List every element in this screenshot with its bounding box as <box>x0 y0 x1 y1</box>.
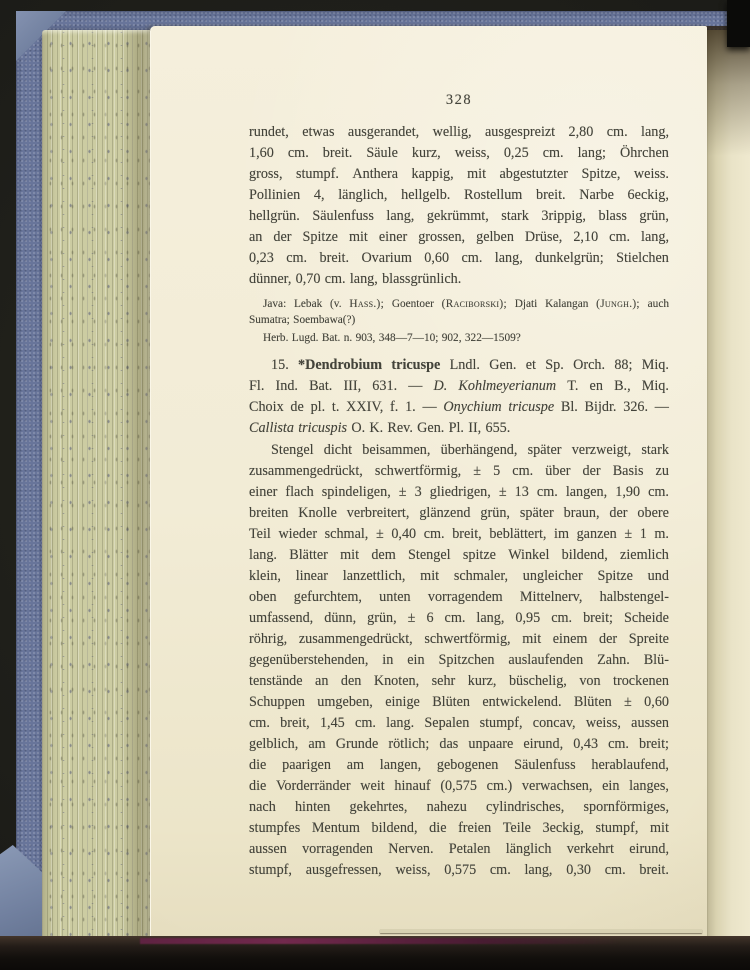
word: einige <box>385 692 420 713</box>
word: abgestutzter <box>499 164 568 185</box>
text-line: dünner,0,70cm.lang,blassgrünlich. <box>249 269 669 290</box>
word: stark <box>641 440 669 461</box>
word: überhängend, <box>441 440 518 461</box>
word: cm. <box>607 122 628 143</box>
word: Säulenfuss <box>514 755 575 776</box>
word: Bijdr. <box>585 397 617 418</box>
word: der <box>609 503 627 524</box>
description-paragraph: Stengeldichtbeisammen,überhängend,später… <box>249 440 669 881</box>
word: die <box>249 755 266 776</box>
word: einer <box>249 482 277 503</box>
word: bildend, <box>371 818 417 839</box>
word: ausgerandet, <box>348 122 419 143</box>
word: spornförmiges, <box>583 797 669 818</box>
word: 15. <box>271 355 289 376</box>
word: im <box>554 524 569 545</box>
word: cylindrisches, <box>486 797 564 818</box>
word: dünner, <box>249 269 291 290</box>
word: lang, <box>495 248 523 269</box>
word: später <box>528 440 562 461</box>
word: 655. <box>485 418 510 439</box>
word: lang, <box>476 608 504 629</box>
word: Bat. <box>322 331 341 347</box>
word: unpaare <box>468 734 513 755</box>
word: Spitzchen <box>438 650 494 671</box>
text-line: 15.*DendrobiumtricuspeLndl.Gen.etSp.Orch… <box>249 355 669 376</box>
page-number: 328 <box>249 90 669 110</box>
word: ± <box>376 524 384 545</box>
text-line: Schuppenumgeben,einigeBlütenentwickelend… <box>249 692 669 713</box>
word: Schuppen <box>249 692 305 713</box>
word: aussen <box>631 713 669 734</box>
word: Stengel <box>271 440 314 461</box>
word: Spitze, <box>581 164 620 185</box>
word: (0,575 <box>440 776 477 797</box>
word: bildend, <box>562 545 608 566</box>
word: mit <box>522 629 541 650</box>
word: verbreitert, <box>347 503 410 524</box>
text-line: Teilwiederschmal,±0,40cm.breit,beblätter… <box>249 524 669 545</box>
word: T. <box>567 376 578 397</box>
word: Spreite <box>629 629 669 650</box>
word: grün, <box>367 608 397 629</box>
text-line: röhrig,zusammengedrückt,schwertförmig,mi… <box>249 629 669 650</box>
word: 0,43 <box>573 734 598 755</box>
word: weit <box>360 776 384 797</box>
word: tenstände <box>249 671 303 692</box>
word: Blüten <box>574 692 612 713</box>
word: umgeben, <box>317 692 373 713</box>
word: 1,90 <box>615 482 640 503</box>
word: concav, <box>533 713 576 734</box>
word: Hass.); <box>349 297 384 313</box>
word: weiss, <box>586 713 621 734</box>
word: tricuspis <box>298 418 347 439</box>
word: nach <box>249 797 276 818</box>
word: 0,575 <box>444 860 476 881</box>
word: glänzend <box>419 503 470 524</box>
word: Miq. <box>642 376 669 397</box>
word: lang, <box>350 269 378 290</box>
word: weiss, <box>395 860 430 881</box>
text-line: obengefurchtem,untenvorragendemMittelner… <box>249 587 669 608</box>
word: schmaler, <box>454 566 508 587</box>
word: n. <box>344 331 352 347</box>
word: der <box>273 227 291 248</box>
word: blass <box>598 206 626 227</box>
text-line: Sumatra;Soembawa(?) <box>249 313 669 329</box>
word: Grunde <box>336 734 379 755</box>
word: langes, <box>629 776 669 797</box>
word: Petalen <box>449 839 491 860</box>
word: kurz, <box>412 143 441 164</box>
word: umfassend, <box>249 608 313 629</box>
word: stumpf, <box>595 818 638 839</box>
word: O. <box>351 418 365 439</box>
word: Kohlmeyerianum <box>458 376 556 397</box>
word: 902, <box>442 331 462 347</box>
word: mit <box>467 164 486 185</box>
word: stumpf. <box>296 164 339 185</box>
word: verzweigt, <box>572 440 631 461</box>
word: der <box>599 629 617 650</box>
word: vorragenden <box>302 839 373 860</box>
word: 322—1509? <box>465 331 521 347</box>
word: Knolle <box>298 503 337 524</box>
word: gelblich, <box>249 734 298 755</box>
word: cm. <box>605 860 626 881</box>
word: spitze <box>463 545 496 566</box>
text-line: stumpfesMentumbildend,diefreienTeile3eck… <box>249 818 669 839</box>
word: B., <box>614 376 631 397</box>
word: entwickelend. <box>482 692 561 713</box>
word: und <box>648 566 669 587</box>
book-cover-left-edge <box>16 11 43 947</box>
word: sehr <box>432 671 456 692</box>
word: lang, <box>641 227 669 248</box>
word: cm. <box>461 248 482 269</box>
word: stark <box>501 206 529 227</box>
word: ± <box>408 608 416 629</box>
word: weiss, <box>455 143 490 164</box>
word: gefurchtem, <box>294 587 362 608</box>
word: lang, <box>524 860 552 881</box>
word: zu <box>656 461 669 482</box>
word: unten <box>379 587 411 608</box>
word: cm. <box>249 713 270 734</box>
word: stumpfes <box>249 818 300 839</box>
word: Drüse, <box>525 227 562 248</box>
word: cm. <box>325 269 346 290</box>
word: hellgelb. <box>401 185 450 206</box>
word: XXIV, <box>346 397 383 418</box>
text-line: 1,60cm.breit.Säulekurz,weiss,0,25cm.lang… <box>249 143 669 164</box>
word: 4, <box>314 185 325 206</box>
word: grün, <box>480 503 510 524</box>
word: eirund, <box>629 839 669 860</box>
page-bottom-edge <box>380 929 702 933</box>
word: 0,25 <box>504 143 529 164</box>
word: cm. <box>537 482 558 503</box>
word: schwertförmig, <box>424 629 510 650</box>
text-line: lang.BlättermitdemStengelspitzeWinkelbil… <box>249 545 669 566</box>
word: (Raciborski); <box>442 297 507 313</box>
word: rötlich; <box>388 734 429 755</box>
word: 6eckig, <box>628 185 669 206</box>
word: stumpf, <box>249 860 292 881</box>
word: breit; <box>583 608 613 629</box>
word: lang; <box>578 143 606 164</box>
text-line: anderSpitzemiteinergrossen,gelbenDrüse,2… <box>249 227 669 248</box>
text-line: zusammengedrückt,schwertförmig,±5cm.über… <box>249 461 669 482</box>
text-line: Pollinien4,länglich,hellgelb.Rostellumbr… <box>249 185 669 206</box>
text-line: breitenKnolleverbreitert,glänzendgrün,sp… <box>249 503 669 524</box>
word: schmal, <box>325 524 369 545</box>
text-line: rundet,etwasausgerandet,wellig,ausgespre… <box>249 122 669 143</box>
word: 0,60 <box>424 248 449 269</box>
word: stumpf, <box>480 713 523 734</box>
text-line: Choixdepl.t.XXIV,f.1.—OnychiumtricuspeBl… <box>249 397 669 418</box>
word: *Dendrobium <box>298 355 382 376</box>
word: Knoten, <box>374 671 419 692</box>
word: kurz, <box>468 671 497 692</box>
word: länglich, <box>338 185 387 206</box>
word: III, <box>343 376 361 397</box>
herbarium-paragraph: Herb.Lugd.Bat.n.903,348—7—10;902,322—150… <box>249 331 669 347</box>
word: schwertförmig, <box>375 461 461 482</box>
text-line: Stengeldichtbeisammen,überhängend,später… <box>249 440 669 461</box>
word: weiss. <box>634 164 669 185</box>
word: 0,70 <box>296 269 321 290</box>
text-line: umfassend,dünn,grün,±6cm.lang,0,95cm.bre… <box>249 608 669 629</box>
word: 0,40 <box>391 524 416 545</box>
word: einem <box>553 629 588 650</box>
word: spindeligen, <box>322 482 391 503</box>
word: Herb. <box>263 331 288 347</box>
word: beblättert, <box>489 524 546 545</box>
continuation-paragraph: rundet,etwasausgerandet,wellig,ausgespre… <box>249 122 669 290</box>
text-line: aussenvorragendenNerven.Petalenlänglichv… <box>249 839 669 860</box>
word: Fl. <box>249 376 264 397</box>
word: gebogenen <box>437 755 498 776</box>
word: 326. <box>623 397 648 418</box>
word: (v. <box>330 297 342 313</box>
word: Vorderränder <box>276 776 351 797</box>
word: Lndl. <box>450 355 480 376</box>
word: ± <box>624 524 632 545</box>
word: Ovarium <box>361 248 411 269</box>
word: cm. <box>551 608 572 629</box>
word: Goentoer <box>392 297 434 313</box>
facing-page-edge <box>705 30 750 948</box>
text-line: gelblich,amGrunderötlich;dasunpaareeirun… <box>249 734 669 755</box>
word: Sepalen <box>424 713 469 734</box>
word: 2,10 <box>573 227 598 248</box>
word: Pollinien <box>249 185 300 206</box>
word: cm.) <box>487 776 513 797</box>
word: (Jungh.); <box>596 297 640 313</box>
word: verwachsen, <box>522 776 593 797</box>
word: ausgespreizt <box>485 122 555 143</box>
word: 6 <box>426 608 433 629</box>
word: paarigen <box>282 755 331 776</box>
word: etwas <box>302 122 334 143</box>
word: lanzettlich, <box>343 566 406 587</box>
text-line: nachhintengekehrtes,nahezucylindrisches,… <box>249 797 669 818</box>
word: cm. <box>355 713 376 734</box>
word: 5 <box>493 461 500 482</box>
word: mit <box>650 818 669 839</box>
text-line: hellgrün.Säulenfusslang,gekrümmt,stark3r… <box>249 206 669 227</box>
word: Scheide <box>624 608 669 629</box>
bottom-edge-maroon-stripe <box>140 938 620 944</box>
word: Anthera <box>352 164 398 185</box>
word: Bat. <box>309 376 332 397</box>
word: gross, <box>249 164 283 185</box>
word: Lugd. <box>292 331 319 347</box>
text-line: einerflachspindeligen,±3gliedrigen,±13cm… <box>249 482 669 503</box>
word: 903, <box>356 331 376 347</box>
word: linear <box>296 566 328 587</box>
word: blassgrünlich. <box>382 269 461 290</box>
word: — <box>422 397 436 418</box>
word: röhrig, <box>249 629 287 650</box>
word: gegenüberstehenden, <box>249 650 368 671</box>
word: breiten <box>249 503 288 524</box>
word: Java: <box>263 297 286 313</box>
word: einer <box>379 227 407 248</box>
text-line: stumpf,ausgefressen,weiss,0,575cm.lang,0… <box>249 860 669 881</box>
word: Miq. <box>642 355 669 376</box>
word: 1,60 <box>249 143 274 164</box>
word: Sumatra; <box>249 313 290 329</box>
word: später <box>520 503 554 524</box>
word: zusammengedrückt, <box>299 629 413 650</box>
word: der <box>583 461 601 482</box>
word: 0,23 <box>249 248 274 269</box>
word: cm. <box>608 734 629 755</box>
word: Teile <box>503 818 531 839</box>
word: 0,95 <box>515 608 540 629</box>
word: die <box>249 776 266 797</box>
word: 3 <box>415 482 422 503</box>
word: cm. <box>445 608 466 629</box>
word: Basis <box>613 461 644 482</box>
word: büschelig, <box>509 671 567 692</box>
word: nahezu <box>427 797 467 818</box>
word: — <box>655 397 669 418</box>
word: cm. <box>543 143 564 164</box>
word: dunkelgrün; <box>535 248 604 269</box>
word: rundet, <box>249 122 289 143</box>
word: an <box>315 671 328 692</box>
word: Callista <box>249 418 294 439</box>
word: oben <box>249 587 277 608</box>
text-line: dieVorderränderweithinauf(0,575cm.)verwa… <box>249 776 669 797</box>
word: K. <box>369 418 383 439</box>
word: et <box>526 355 536 376</box>
word: cm. <box>648 482 669 503</box>
word: breit; <box>639 734 669 755</box>
word: hinten <box>295 797 330 818</box>
text-line: diepaarigenamlangen,gebogenenSäulenfussh… <box>249 755 669 776</box>
word: herablaufend, <box>591 755 669 776</box>
word: breit, <box>452 524 482 545</box>
word: t. <box>332 397 340 418</box>
word: den <box>341 671 362 692</box>
word: lang. <box>386 713 414 734</box>
word: tricuspe <box>391 355 440 376</box>
word: an <box>249 227 262 248</box>
text-line: CallistatricuspisO.K.Rev.Gen.Pl.II,655. <box>249 418 669 439</box>
word: 2,80 <box>569 122 594 143</box>
word: 348—7—10; <box>379 331 439 347</box>
word: mit <box>340 545 359 566</box>
word: lang, <box>641 122 669 143</box>
word: Narbe <box>579 185 614 206</box>
word: ziemlich <box>620 545 669 566</box>
word: ± <box>624 692 632 713</box>
word: tricuspe <box>508 397 554 418</box>
word: cm. <box>288 143 309 164</box>
word: breit. <box>536 185 566 206</box>
word: 631. <box>372 376 397 397</box>
word: die <box>429 818 446 839</box>
word: auch <box>648 297 669 313</box>
text-line: Java:Lebak(v.Hass.);Goentoer(Raciborski)… <box>249 297 669 313</box>
word: breit. <box>320 248 350 269</box>
word: Blüten <box>432 692 470 713</box>
word: cm. <box>609 227 630 248</box>
word: Ind. <box>276 376 298 397</box>
word: ± <box>473 461 481 482</box>
word: 13 <box>515 482 529 503</box>
word: hinauf <box>394 776 430 797</box>
word: ausgefressen, <box>306 860 382 881</box>
word: gliedrigen, <box>430 482 491 503</box>
word: Kalangan <box>545 297 588 313</box>
word: breit. <box>639 860 669 881</box>
background-gap-top-right <box>727 0 750 47</box>
word: ± <box>499 482 507 503</box>
word: Onychium <box>443 397 501 418</box>
word: D. <box>434 376 448 397</box>
word: II, <box>468 418 481 439</box>
word: Spitze <box>303 227 338 248</box>
word: Orch. <box>573 355 605 376</box>
word: Öhrchen <box>620 143 669 164</box>
word: langen, <box>380 755 421 776</box>
word: 88; <box>614 355 632 376</box>
word: Soembawa(?) <box>293 313 355 329</box>
word: das <box>439 734 458 755</box>
word: eirund, <box>523 734 563 755</box>
word: braun, <box>564 503 600 524</box>
word: Säulenfuss <box>312 206 373 227</box>
book-bottom-binding <box>0 936 750 970</box>
page-sheet: 328 rundet,etwasausgerandet,wellig,ausge… <box>150 26 707 938</box>
word: mit <box>420 566 439 587</box>
word: grün, <box>639 206 669 227</box>
word: Spitze <box>597 566 632 587</box>
text-line: Fl.Ind.Bat.III,631.—D.KohlmeyerianumT.en… <box>249 376 669 397</box>
word: ganzen <box>577 524 617 545</box>
word: 3rippig, <box>541 206 586 227</box>
word: lang. <box>249 545 277 566</box>
word: wieder <box>278 524 317 545</box>
word: ein <box>602 776 619 797</box>
word: cm. <box>490 860 511 881</box>
word: aussen <box>249 839 287 860</box>
word: Gen. <box>417 418 444 439</box>
word: Zahn. <box>597 650 630 671</box>
text-line: cm.breit,1,45cm.lang.Sepalenstumpf,conca… <box>249 713 669 734</box>
word: 1,45 <box>320 713 345 734</box>
word: über <box>545 461 570 482</box>
species-heading-paragraph: 15.*DendrobiumtricuspeLndl.Gen.etSp.Orch… <box>249 355 669 439</box>
word: Teil <box>249 524 271 545</box>
text-line: tenständeandenKnoten,sehrkurz,büschelig,… <box>249 671 669 692</box>
text-line: gegenüberstehenden,ineinSpitzchenauslauf… <box>249 650 669 671</box>
word: 1 <box>640 524 647 545</box>
word: kappig, <box>412 164 454 185</box>
word: Winkel <box>508 545 549 566</box>
word: cm. <box>424 524 445 545</box>
word: f. <box>390 397 398 418</box>
word: Blü- <box>644 650 669 671</box>
word: gekrümmt, <box>427 206 489 227</box>
word: am <box>308 734 325 755</box>
